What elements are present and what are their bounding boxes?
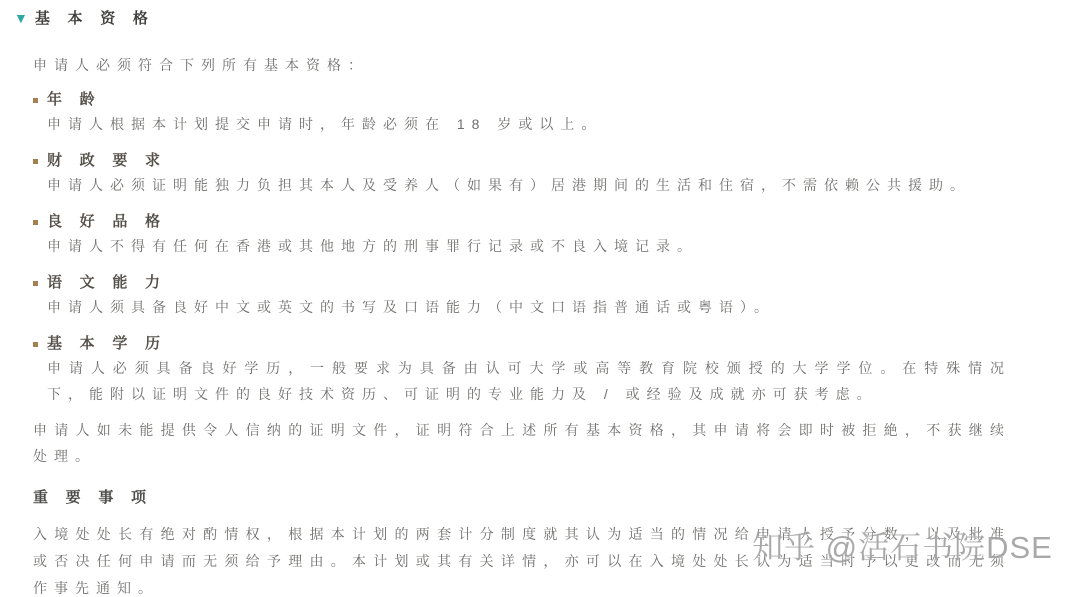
requirement-heading: 良 好 品 格 — [47, 211, 1011, 233]
important-heading: 重 要 事 项 — [33, 487, 1011, 509]
requirement-body: 申请人必须证明能独力负担其本人及受养人（如果有）居港期间的生活和住宿，不需依赖公… — [47, 172, 1011, 198]
requirement-heading: 语 文 能 力 — [47, 272, 1011, 294]
list-item-age: 年 龄 申请人根据本计划提交申请时，年龄必须在 18 岁或以上。 — [33, 89, 1011, 137]
requirement-heading: 财 政 要 求 — [47, 150, 1011, 172]
requirement-body: 申请人必须具备良好学历，一般要求为具备由认可大学或高等教育院校颁授的大学学位。在… — [47, 355, 1011, 407]
requirement-heading: 年 龄 — [47, 89, 1011, 111]
rejection-note: 申请人如未能提供令人信纳的证明文件，证明符合上述所有基本资格，其申请将会即时被拒… — [33, 417, 1011, 469]
page-title: 基 本 资 格 — [35, 8, 155, 30]
list-item-finance: 财 政 要 求 申请人必须证明能独力负担其本人及受养人（如果有）居港期间的生活和… — [33, 150, 1011, 198]
requirement-body: 申请人须具备良好中文或英文的书写及口语能力（中文口语指普通话或粤语）。 — [47, 294, 1011, 320]
square-bullet-icon — [33, 220, 38, 225]
requirement-heading: 基 本 学 历 — [47, 333, 1011, 355]
triangle-down-icon[interactable]: ▼ — [14, 8, 28, 28]
requirement-body: 申请人根据本计划提交申请时，年龄必须在 18 岁或以上。 — [47, 111, 1011, 137]
requirements-list: 年 龄 申请人根据本计划提交申请时，年龄必须在 18 岁或以上。 财 政 要 求… — [33, 89, 1011, 407]
list-item-education: 基 本 学 历 申请人必须具备良好学历，一般要求为具备由认可大学或高等教育院校颁… — [33, 333, 1011, 407]
requirement-body: 申请人不得有任何在香港或其他地方的刑事罪行记录或不良入境记录。 — [47, 233, 1011, 259]
square-bullet-icon — [33, 342, 38, 347]
intro-text: 申请人必须符合下列所有基本资格： — [33, 54, 1011, 76]
square-bullet-icon — [33, 98, 38, 103]
list-item-language: 语 文 能 力 申请人须具备良好中文或英文的书写及口语能力（中文口语指普通话或粤… — [33, 272, 1011, 320]
square-bullet-icon — [33, 159, 38, 164]
important-body: 入境处处长有绝对酌情权，根据本计划的两套计分制度就其认为适当的情况给申请人授予分… — [33, 521, 1011, 597]
list-item-character: 良 好 品 格 申请人不得有任何在香港或其他地方的刑事罪行记录或不良入境记录。 — [33, 211, 1011, 259]
document: ▼ 基 本 资 格 申请人必须符合下列所有基本资格： 年 龄 申请人根据本计划提… — [0, 0, 1080, 597]
square-bullet-icon — [33, 281, 38, 286]
section-header: ▼ 基 本 资 格 — [14, 8, 1011, 30]
